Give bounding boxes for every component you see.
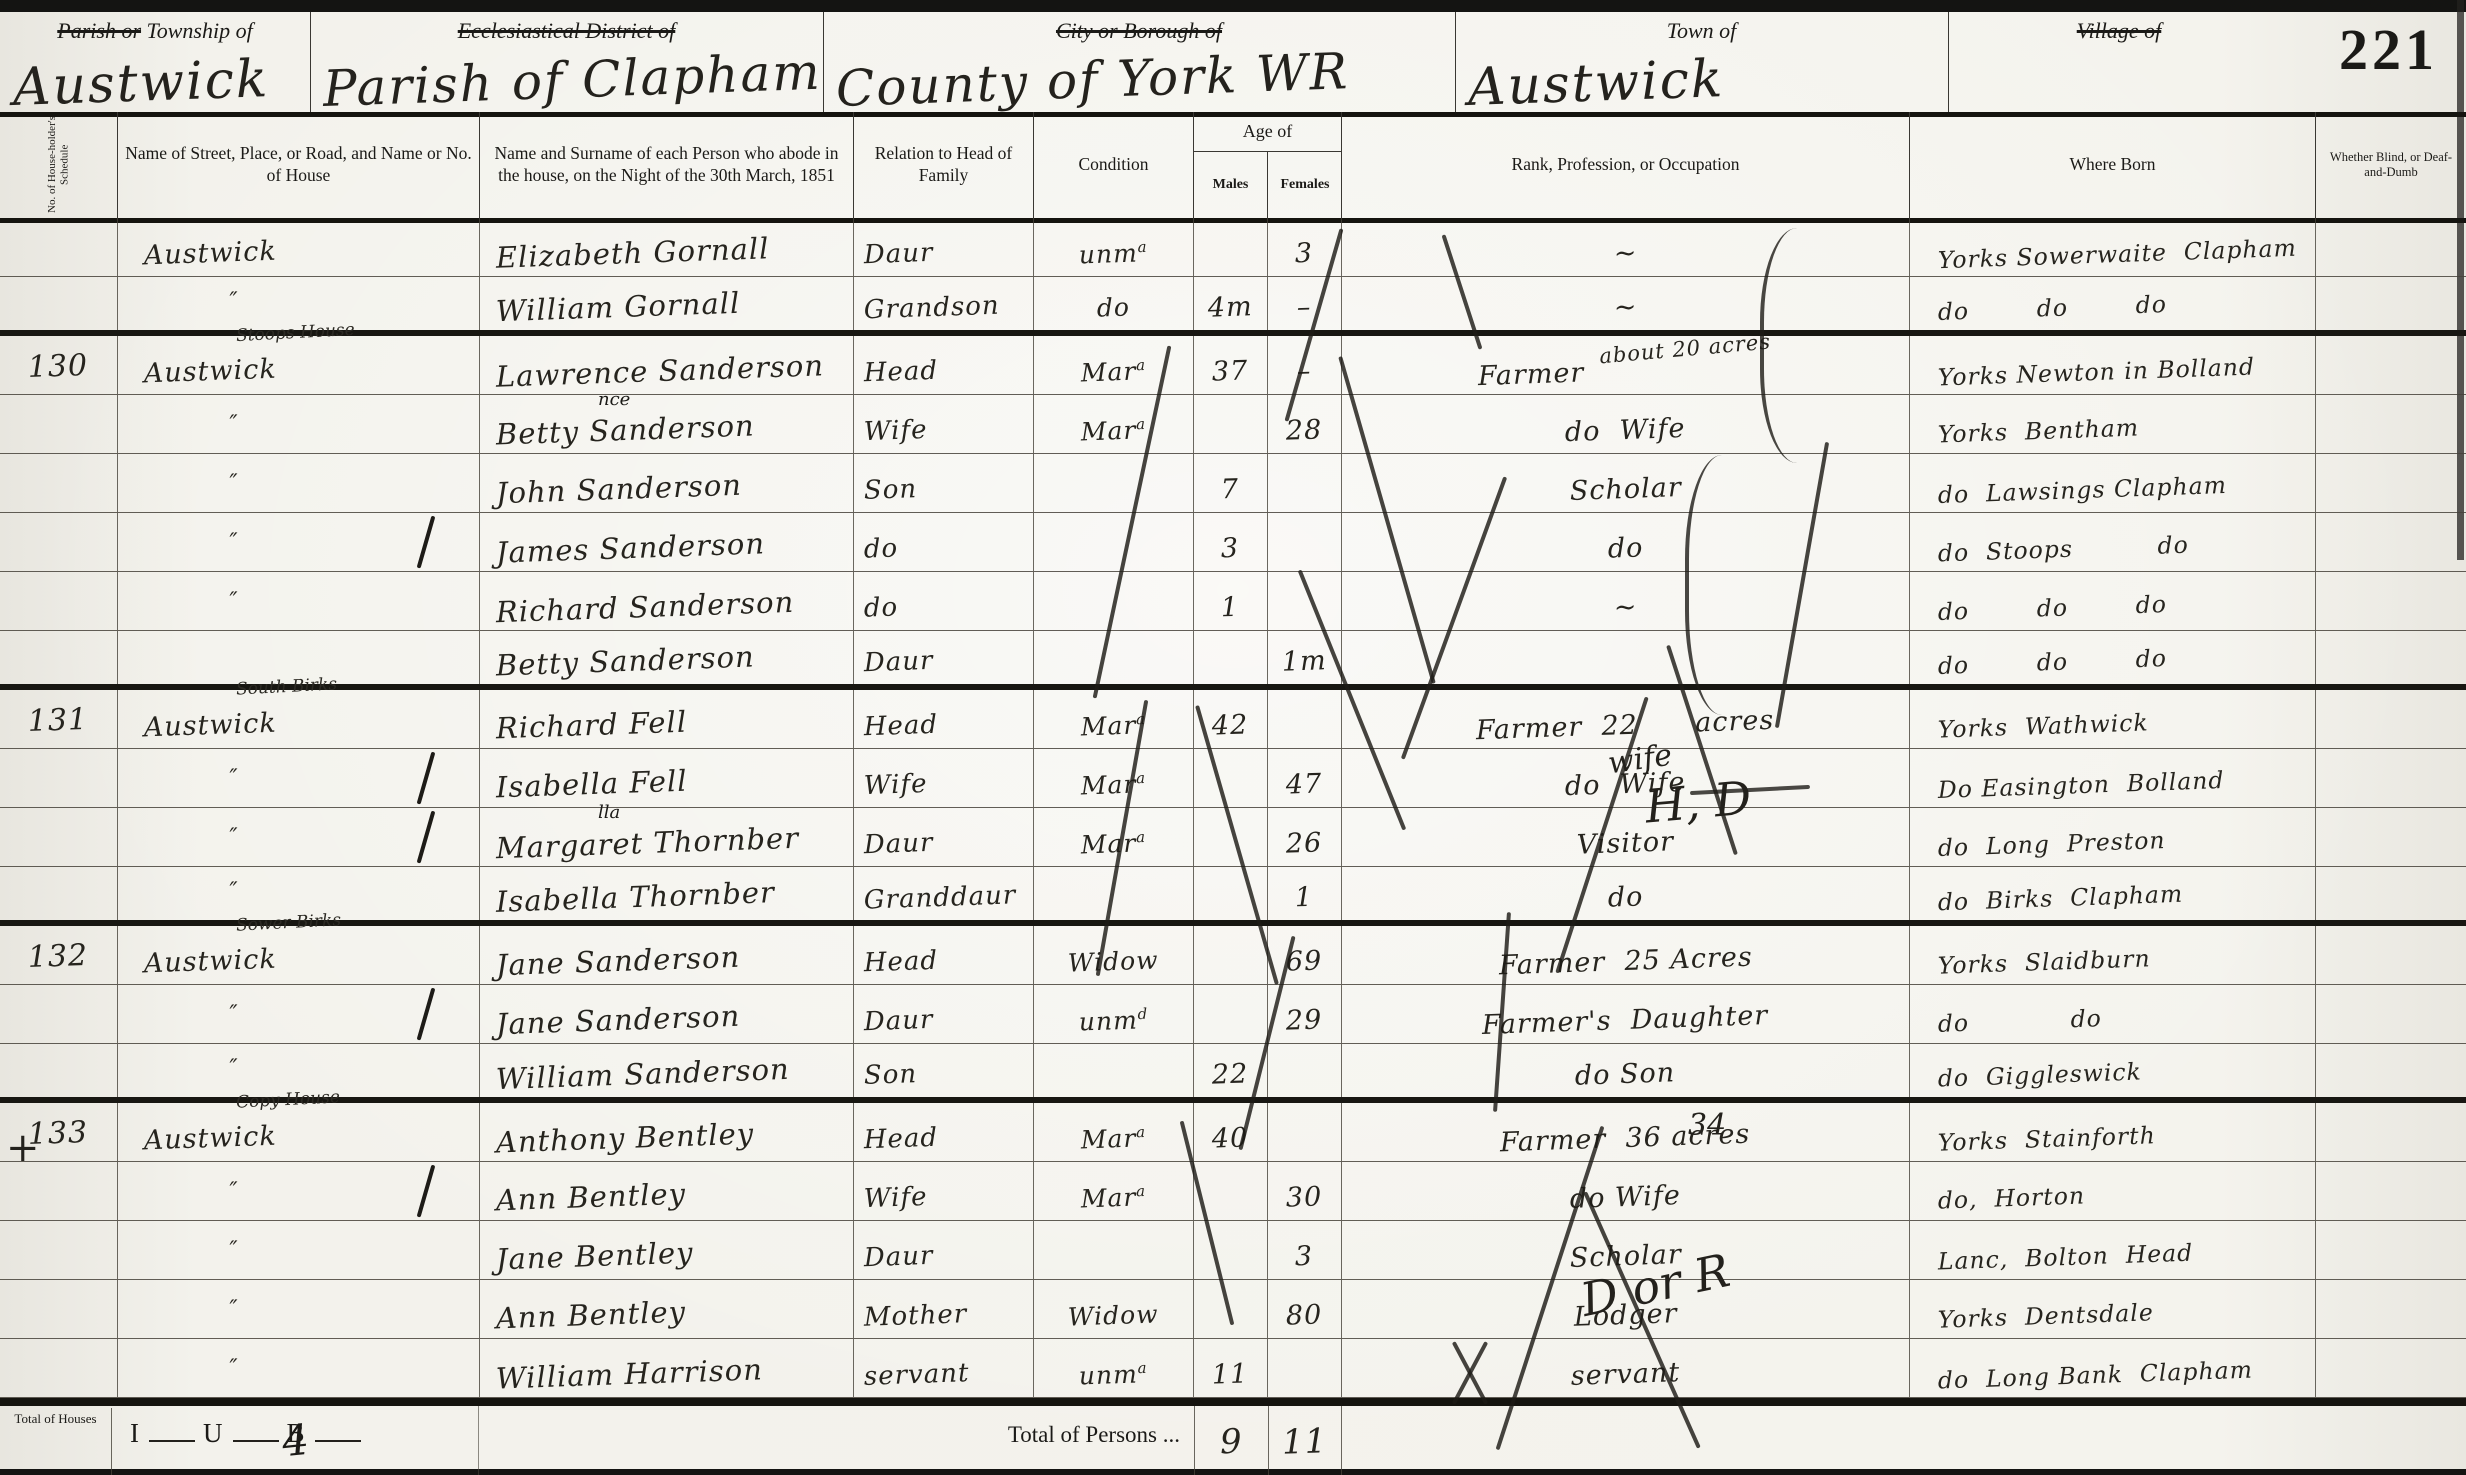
total-males-value: 9 (1220, 1424, 1244, 1459)
col-header-name-label: Name and Surname of each Person who abod… (486, 143, 847, 187)
condition-cell (1034, 454, 1194, 512)
col-header-street-label: Name of Street, Place, or Road, and Name… (124, 143, 473, 187)
age-female-cell: 26 (1268, 808, 1342, 866)
condition-cell: unma (1034, 1339, 1194, 1397)
age-female-cell: 69 (1268, 926, 1342, 984)
table-footer: Total of Houses IUB 4 Total of Persons .… (0, 1398, 2466, 1475)
ecclesiastical-value: Parish of Clapham (322, 43, 823, 118)
name-cell: James Sanderson (480, 513, 854, 571)
age-female-cell: 47 (1268, 749, 1342, 807)
houses-rule (233, 1440, 279, 1442)
col-header-age-label: Age of (1243, 112, 1292, 143)
where-born-cell: Yorks Slaidburn (1910, 926, 2316, 984)
infirmity-cell (2316, 1162, 2466, 1220)
age-male-cell: 1 (1194, 572, 1268, 630)
occupation-cell: Farmer's Daughter (1342, 985, 1910, 1043)
name-cell: Isabella Felllla (480, 749, 854, 807)
township-label-plain: Township of (141, 18, 253, 43)
street-annotation: Sower Birks (236, 910, 342, 935)
condition-cell: Mara (1034, 808, 1194, 866)
age-female-cell: – (1268, 277, 1342, 330)
schedule-cell (0, 808, 118, 866)
name-cell: Ann Bentley (480, 1162, 854, 1220)
table-row: ″William SandersonSon22do Sondo Gigglesw… (0, 1044, 2466, 1103)
schedule-cell (0, 631, 118, 684)
table-row: ″Isabella ThornberGranddaur1dodo Birks C… (0, 867, 2466, 926)
relation-cell: Son (854, 454, 1034, 512)
schedule-cell (0, 1044, 118, 1097)
town-label-plain: Town of (1667, 18, 1737, 43)
relation-cell: Head (854, 690, 1034, 748)
infirmity-cell (2316, 513, 2466, 571)
infirmity-cell (2316, 1044, 2466, 1097)
schedule-cell (0, 867, 118, 920)
township-value: Austwick (12, 49, 270, 118)
footer-divider (478, 1406, 479, 1475)
city-borough-label-struck: City or Borough of (1056, 18, 1222, 43)
ecclesiastical-label-struck: Ecclesiastical District of (458, 18, 676, 43)
infirmity-cell (2316, 454, 2466, 512)
age-male-cell: 37 (1194, 336, 1268, 394)
name-cell: Anthony Bentley (480, 1103, 854, 1161)
age-male-cell (1194, 1280, 1268, 1338)
total-persons-label: Total of Persons ... (700, 1422, 1180, 1448)
table-row: 131AustwickSouth BirksRichard FellHeadMa… (0, 690, 2466, 749)
occupation-cell: do Son (1342, 1044, 1910, 1097)
field-city-borough: City or Borough of County of York WR (823, 12, 1456, 112)
total-females-value: 11 (1282, 1424, 1328, 1460)
table-row: ″James Sandersondo3dodo Stoops do (0, 513, 2466, 572)
table-row: 132AustwickSower BirksJane SandersonHead… (0, 926, 2466, 985)
schedule-cell (0, 1280, 118, 1338)
tick-mark (416, 752, 434, 805)
where-born-cell: do do (1910, 985, 2316, 1043)
street-cell: ″ (118, 454, 480, 512)
relation-cell: Head (854, 336, 1034, 394)
relation-cell: Daur (854, 985, 1034, 1043)
relation-cell: Mother (854, 1280, 1034, 1338)
where-born-cell: Yorks Newton in Bolland (1910, 336, 2316, 394)
schedule-cell: 132 (0, 926, 118, 984)
column-headers: No. of House-holder's Schedule Name of S… (0, 112, 2466, 223)
schedule-cell (0, 1339, 118, 1397)
schedule-cell (0, 572, 118, 630)
occupation-cell: Visitor (1342, 808, 1910, 866)
total-females-cell: 11 (1268, 1406, 1342, 1475)
col-header-relation-label: Relation to Head of Family (860, 143, 1027, 187)
name-annotation: lla (598, 802, 620, 823)
street-cell: AustwickSower Birks (118, 926, 480, 984)
city-borough-value: County of York WR (835, 42, 1350, 118)
name-cell: Margaret Thornber (480, 808, 854, 866)
top-rule (0, 0, 2466, 12)
table-row: ″Ann BentleyWifeMara30do Wifedo, Horton (0, 1162, 2466, 1221)
table-row: ″William GornallGrandsondo4m–~do do do (0, 277, 2466, 336)
where-born-cell: do Lawsings Clapham (1910, 454, 2316, 512)
relation-cell: Head (854, 926, 1034, 984)
street-cell: ″ (118, 395, 480, 453)
name-cell: Lawrence Sandersonnce (480, 336, 854, 394)
occupation-cell: Farmer 25 Acres (1342, 926, 1910, 984)
schedule-cell (0, 513, 118, 571)
table-row: ″Jane SandersonDaurunmd29Farmer's Daught… (0, 985, 2466, 1044)
col-header-females-label: Females (1268, 152, 1342, 219)
condition-cell: Mara (1034, 690, 1194, 748)
infirmity-cell (2316, 867, 2466, 920)
age-male-cell: 3 (1194, 513, 1268, 571)
age-female-cell (1268, 454, 1342, 512)
condition-cell: Mara (1034, 395, 1194, 453)
field-city-borough-label: City or Borough of (823, 12, 1455, 44)
name-cell: Jane Bentley (480, 1221, 854, 1279)
name-cell: Elizabeth Gornall (480, 218, 854, 276)
condition-cell: Widow (1034, 926, 1194, 984)
infirmity-cell (2316, 277, 2466, 330)
name-cell: Ann Bentley (480, 1280, 854, 1338)
infirmity-cell (2316, 1103, 2466, 1161)
relation-cell: Wife (854, 395, 1034, 453)
street-cell: AustwickSouth Birks (118, 690, 480, 748)
street-cell: ″ (118, 513, 480, 571)
table-row: ″Jane BentleyDaur3ScholarLanc, Bolton He… (0, 1221, 2466, 1280)
age-male-cell (1194, 631, 1268, 684)
infirmity-cell (2316, 690, 2466, 748)
occupation-cell: do (1342, 513, 1910, 571)
col-header-schedule: No. of House-holder's Schedule (0, 112, 118, 218)
age-male-cell: 11 (1194, 1339, 1268, 1397)
table-row: 130AustwickStoops HouseLawrence Sanderso… (0, 336, 2466, 395)
occupation-cell: ~ (1342, 572, 1910, 630)
where-born-cell: Yorks Wathwick (1910, 690, 2316, 748)
schedule-cell (0, 1221, 118, 1279)
street-annotation: Copy House (236, 1087, 341, 1112)
houses-uninhabited-letter: U (203, 1418, 225, 1448)
where-born-cell: do, Horton (1910, 1162, 2316, 1220)
tick-mark (416, 516, 434, 569)
col-header-born: Where Born (1910, 112, 2316, 218)
occupation-annotation: about 20 acres (1599, 331, 1772, 367)
table-row: 133AustwickCopy HouseAnthony BentleyHead… (0, 1103, 2466, 1162)
infirmity-cell (2316, 1221, 2466, 1279)
age-male-cell (1194, 395, 1268, 453)
age-female-cell: 1m (1268, 631, 1342, 684)
census-table-body: AustwickElizabeth GornallDaurunma3~Yorks… (0, 218, 2466, 1398)
street-cell: ″ (118, 1221, 480, 1279)
township-label-struck: Parish or (57, 18, 141, 43)
infirmity-cell (2316, 631, 2466, 684)
field-town: Town of Austwick (1455, 12, 1949, 112)
page-number: 221 (2339, 16, 2438, 83)
street-cell: ″ (118, 808, 480, 866)
where-born-cell: do Long Bank Clapham (1910, 1339, 2316, 1397)
occupation-cell: Farmer 22 acres (1342, 690, 1910, 748)
field-township-label: Parish or Township of (0, 12, 310, 44)
table-row: ″William Harrisonservantunma11servantdo … (0, 1339, 2466, 1398)
condition-cell (1034, 1044, 1194, 1097)
age-male-cell (1194, 926, 1268, 984)
table-row: ″Betty SandersonWifeMara28do WifeYorks B… (0, 395, 2466, 454)
pen-stroke (1685, 455, 1759, 715)
occupation-cell: do (1342, 867, 1910, 920)
where-born-cell: Lanc, Bolton Head (1910, 1221, 2316, 1279)
infirmity-cell (2316, 808, 2466, 866)
houses-rule (315, 1440, 361, 1442)
condition-cell (1034, 631, 1194, 684)
infirmity-cell (2316, 218, 2466, 276)
name-annotation: nce (598, 389, 630, 410)
name-cell: William Gornall (480, 277, 854, 330)
relation-cell: Daur (854, 1221, 1034, 1279)
name-cell: Betty Sanderson (480, 631, 854, 684)
where-born-cell: do Stoops do (1910, 513, 2316, 571)
age-female-cell: 1 (1268, 867, 1342, 920)
col-header-name: Name and Surname of each Person who abod… (480, 112, 854, 218)
condition-cell: Mara (1034, 336, 1194, 394)
street-cell: ″ (118, 1162, 480, 1220)
field-township: Parish or Township of Austwick (0, 12, 311, 112)
street-cell: ″ (118, 1339, 480, 1397)
age-male-cell (1194, 749, 1268, 807)
where-born-cell: do do do (1910, 572, 2316, 630)
street-cell: AustwickCopy House (118, 1103, 480, 1161)
relation-cell: servant (854, 1339, 1034, 1397)
infirmity-cell (2316, 1339, 2466, 1397)
col-header-occupation-label: Rank, Profession, or Occupation (1512, 154, 1740, 176)
col-header-condition-label: Condition (1078, 154, 1148, 176)
age-female-cell: 3 (1268, 1221, 1342, 1279)
relation-cell: Daur (854, 808, 1034, 866)
condition-cell: Mara (1034, 749, 1194, 807)
condition-cell: unmd (1034, 985, 1194, 1043)
town-value: Austwick (1467, 49, 1725, 118)
name-cell: Richard Sanderson (480, 572, 854, 630)
infirmity-cell (2316, 985, 2466, 1043)
pen-stroke (1760, 228, 1834, 463)
infirmity-cell (2316, 926, 2466, 984)
col-header-relation: Relation to Head of Family (854, 112, 1034, 218)
infirmity-cell (2316, 395, 2466, 453)
table-row: Betty SandersonDaur1mdo do do (0, 631, 2466, 690)
where-born-cell: do do do (1910, 631, 2316, 684)
tick-mark (416, 1165, 434, 1218)
age-female-cell (1268, 1044, 1342, 1097)
col-header-infirmity: Whether Blind, or Deaf-and-Dumb (2316, 112, 2466, 218)
schedule-cell: 130 (0, 336, 118, 394)
condition-cell: do (1034, 277, 1194, 330)
infirmity-cell (2316, 572, 2466, 630)
condition-cell (1034, 1221, 1194, 1279)
name-cell: Isabella Thornber (480, 867, 854, 920)
name-cell: Betty Sanderson (480, 395, 854, 453)
age-female-cell (1268, 690, 1342, 748)
field-ecclesiastical: Ecclesiastical District of Parish of Cla… (310, 12, 824, 112)
age-male-cell (1194, 985, 1268, 1043)
table-row: ″Richard Sandersondo1~do do do (0, 572, 2466, 631)
age-female-cell: 28 (1268, 395, 1342, 453)
infirmity-cell (2316, 336, 2466, 394)
table-row: AustwickElizabeth GornallDaurunma3~Yorks… (0, 218, 2466, 277)
field-ecclesiastical-label: Ecclesiastical District of (310, 12, 823, 44)
schedule-cell (0, 218, 118, 276)
total-houses-label: Total of Houses (0, 1408, 112, 1475)
tick-mark (416, 811, 434, 864)
houses-rule (149, 1440, 195, 1442)
condition-cell (1034, 513, 1194, 571)
name-cell: William Harrison (480, 1339, 854, 1397)
street-cell: AustwickStoops House (118, 336, 480, 394)
age-female-cell (1268, 1339, 1342, 1397)
census-page: Parish or Township of Austwick Ecclesias… (0, 0, 2466, 1475)
street-cell: Austwick (118, 218, 480, 276)
houses-inhabited-letter: I (130, 1418, 141, 1448)
table-row: ″John SandersonSon7Scholardo Lawsings Cl… (0, 454, 2466, 513)
relation-cell: Granddaur (854, 867, 1034, 920)
pen-scribble: 34 (1688, 1108, 1726, 1143)
age-female-cell (1268, 1103, 1342, 1161)
col-header-infirmity-label: Whether Blind, or Deaf-and-Dumb (2322, 150, 2460, 180)
col-header-occupation: Rank, Profession, or Occupation (1342, 112, 1910, 218)
total-houses-line: IUB 4 (130, 1418, 369, 1449)
schedule-cell (0, 454, 118, 512)
where-born-cell: do do do (1910, 277, 2316, 330)
col-header-age: Age of Males Females (1194, 112, 1342, 218)
col-header-condition: Condition (1034, 112, 1194, 218)
field-village-label: Village of (1948, 12, 2290, 44)
infirmity-cell (2316, 1280, 2466, 1338)
relation-cell: Wife (854, 749, 1034, 807)
age-male-cell: 4m (1194, 277, 1268, 330)
relation-cell: do (854, 572, 1034, 630)
age-male-cell (1194, 1221, 1268, 1279)
where-born-cell: do Long Preston (1910, 808, 2316, 866)
occupation-cell: Farmer 36 acres (1342, 1103, 1910, 1161)
table-row: ″Isabella FellllaWifeMara47do WifeDo Eas… (0, 749, 2466, 808)
condition-cell: Widow (1034, 1280, 1194, 1338)
table-row: ″Ann BentleyMotherWidow80LodgerYorks Den… (0, 1280, 2466, 1339)
infirmity-cell (2316, 749, 2466, 807)
where-born-cell: Yorks Sowerwaite Clapham (1910, 218, 2316, 276)
age-male-cell: 40 (1194, 1103, 1268, 1161)
form-header: Parish or Township of Austwick Ecclesias… (0, 12, 2466, 117)
relation-cell: do (854, 513, 1034, 571)
pen-scribble: H, D (1643, 770, 1754, 833)
condition-cell: Mara (1034, 1103, 1194, 1161)
street-cell: ″ (118, 749, 480, 807)
total-houses-value: 4 (280, 1415, 314, 1467)
where-born-cell: Yorks Dentsdale (1910, 1280, 2316, 1338)
age-male-cell: 7 (1194, 454, 1268, 512)
age-female-cell (1268, 513, 1342, 571)
name-cell: Jane Sanderson (480, 985, 854, 1043)
age-female-cell: 30 (1268, 1162, 1342, 1220)
schedule-cell (0, 277, 118, 330)
age-female-cell: 80 (1268, 1280, 1342, 1338)
name-cell: Jane Sanderson (480, 926, 854, 984)
name-cell: John Sanderson (480, 454, 854, 512)
street-cell: ″ (118, 1280, 480, 1338)
age-male-cell (1194, 218, 1268, 276)
where-born-cell: Do Easington Bolland (1910, 749, 2316, 807)
schedule-cell (0, 395, 118, 453)
schedule-cell (0, 749, 118, 807)
relation-cell: Daur (854, 631, 1034, 684)
where-born-cell: do Giggleswick (1910, 1044, 2316, 1097)
col-header-males-label: Males (1194, 152, 1268, 219)
pen-scribble: + (6, 1125, 40, 1171)
relation-cell: Daur (854, 218, 1034, 276)
occupation-cell: servant (1342, 1339, 1910, 1397)
name-cell: Richard Fell (480, 690, 854, 748)
name-cell: William Sanderson (480, 1044, 854, 1097)
occupation-cell: do Wife (1342, 1162, 1910, 1220)
condition-cell: unma (1034, 218, 1194, 276)
where-born-cell: Yorks Bentham (1910, 395, 2316, 453)
where-born-cell: do Birks Clapham (1910, 867, 2316, 920)
where-born-cell: Yorks Stainforth (1910, 1103, 2316, 1161)
field-town-label: Town of (1455, 12, 1948, 44)
relation-cell: Son (854, 1044, 1034, 1097)
village-label-struck: Village of (2077, 18, 2162, 43)
col-header-born-label: Where Born (2069, 154, 2155, 176)
col-header-street: Name of Street, Place, or Road, and Name… (118, 112, 480, 218)
col-header-schedule-label: No. of House-holder's Schedule (46, 115, 71, 215)
schedule-cell: 131 (0, 690, 118, 748)
condition-cell: Mara (1034, 1162, 1194, 1220)
schedule-cell (0, 985, 118, 1043)
relation-cell: Head (854, 1103, 1034, 1161)
relation-cell: Wife (854, 1162, 1034, 1220)
street-cell: ″ (118, 985, 480, 1043)
total-males-cell: 9 (1194, 1406, 1268, 1475)
street-annotation: South Birks (236, 674, 338, 699)
street-cell: ″ (118, 572, 480, 630)
relation-cell: Grandson (854, 277, 1034, 330)
field-village: Village of (1948, 12, 2290, 112)
tick-mark (416, 988, 434, 1041)
